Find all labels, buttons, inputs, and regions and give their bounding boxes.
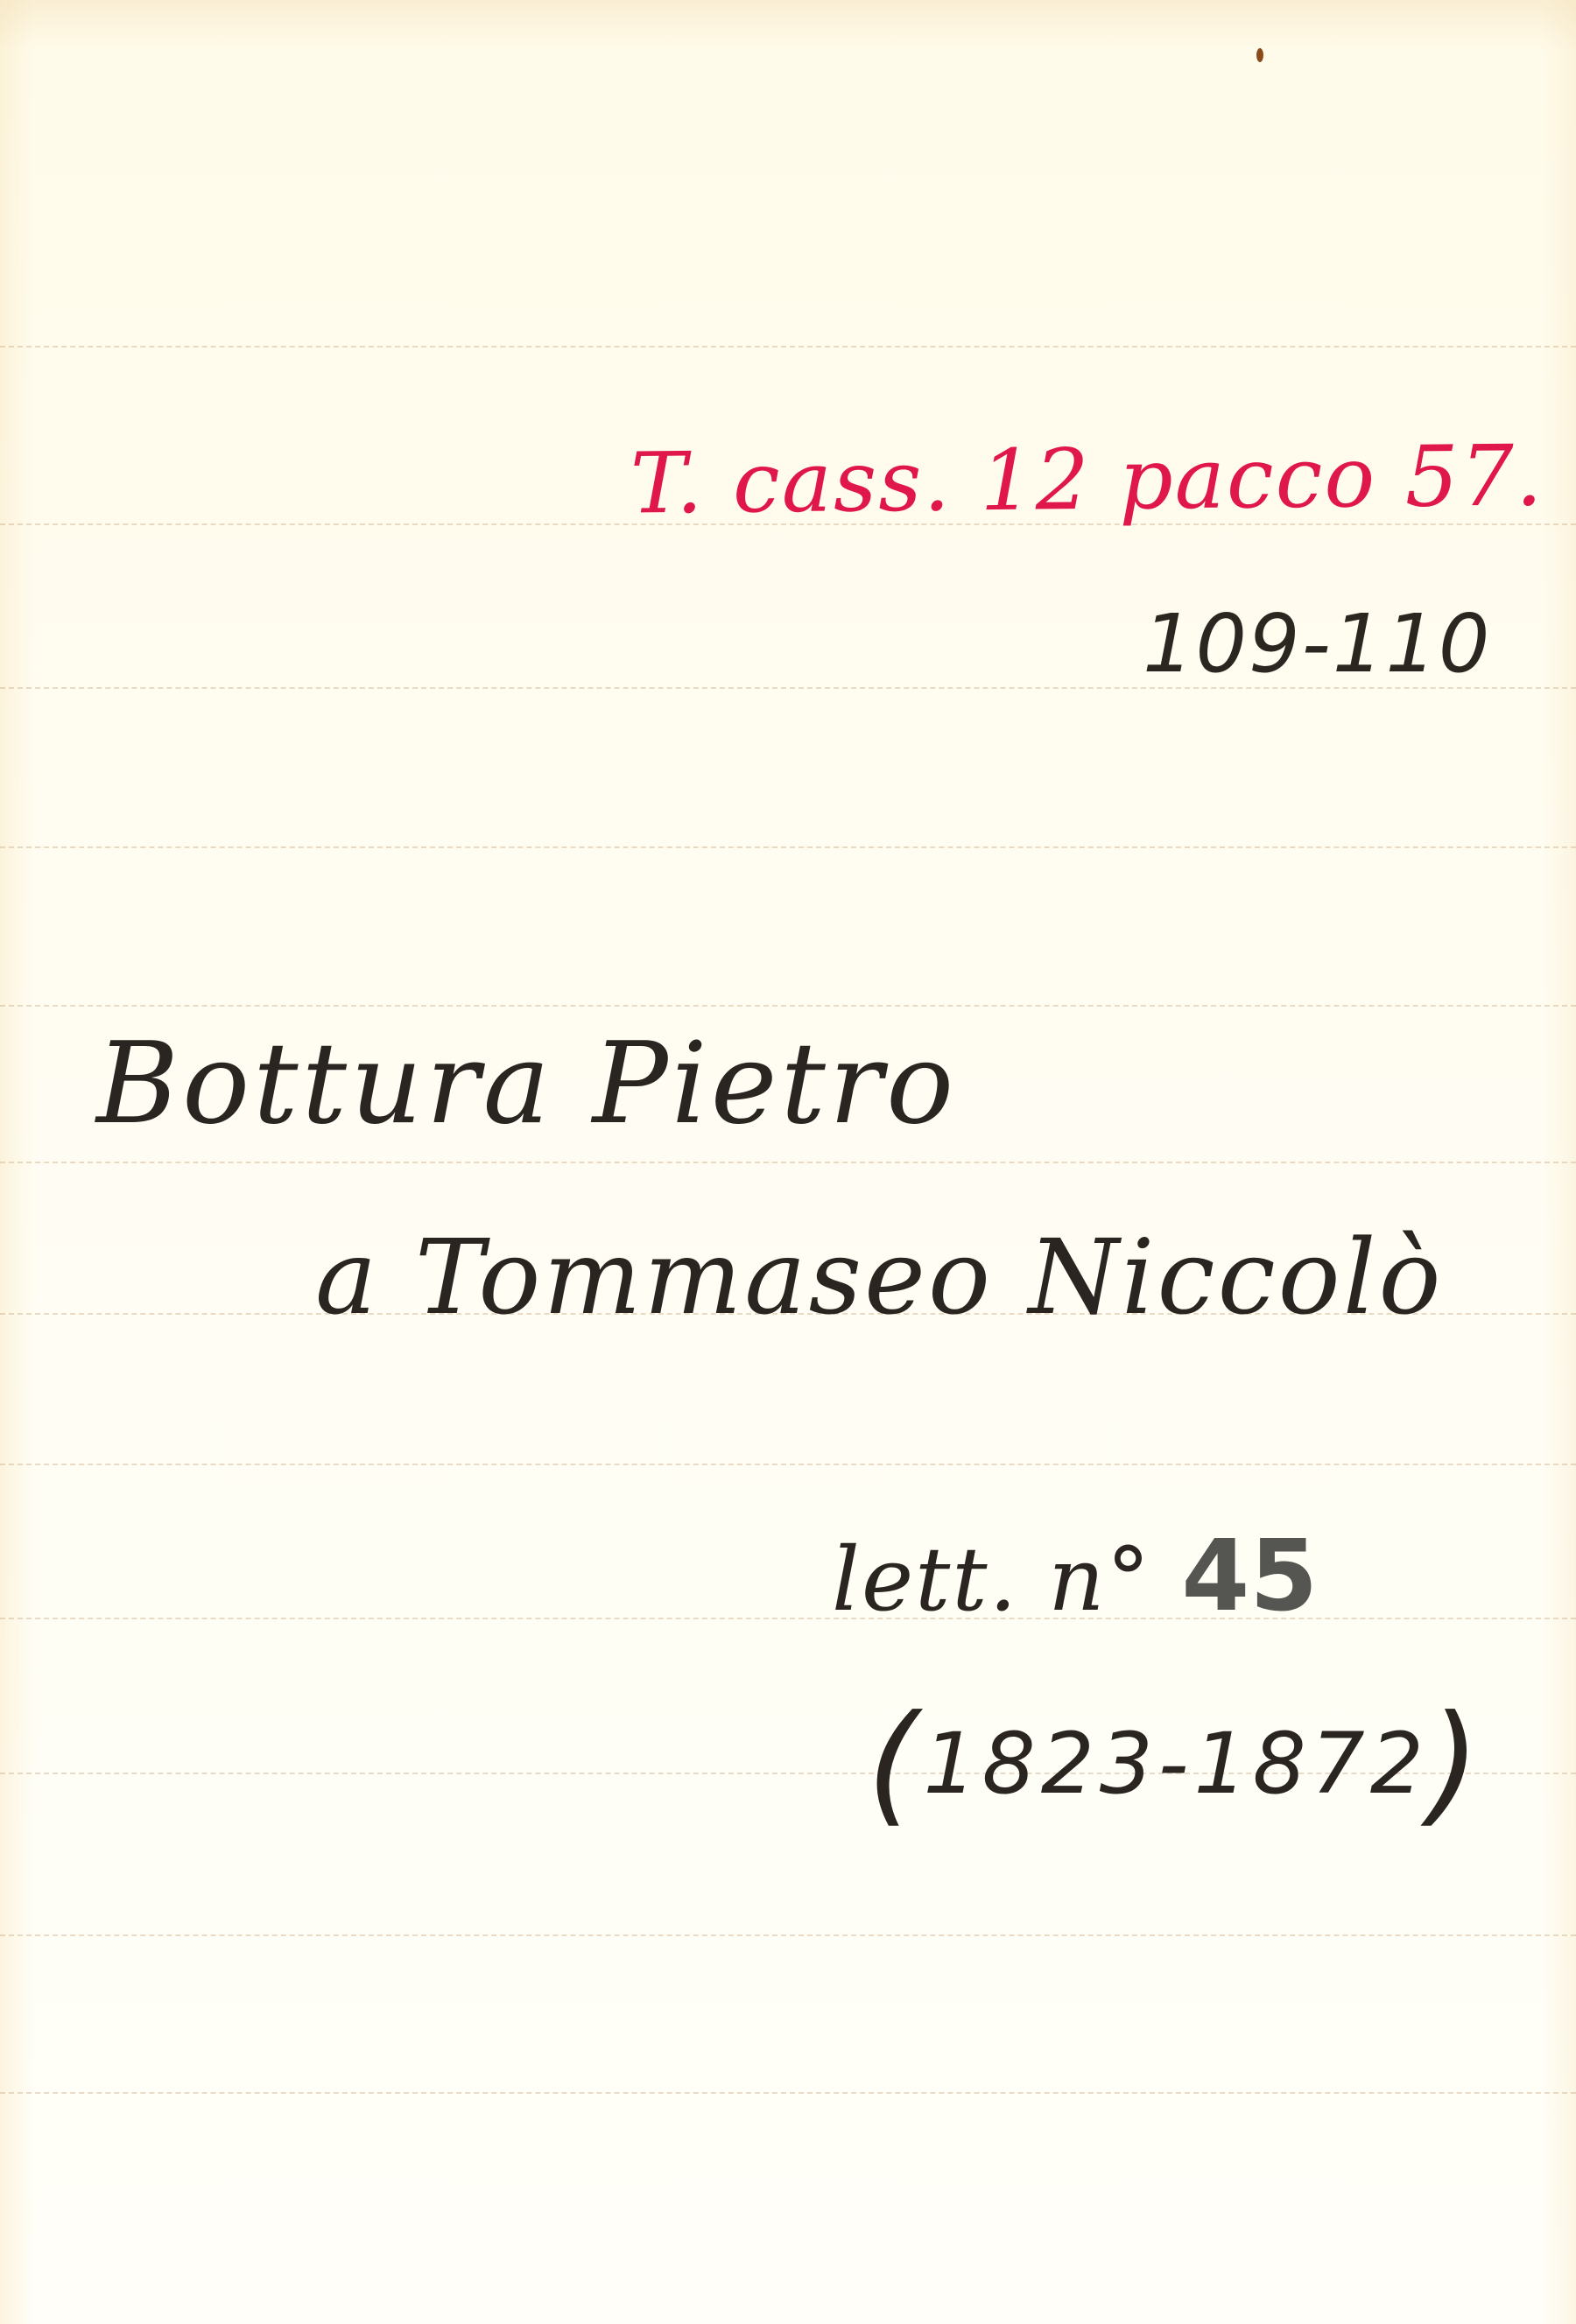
- recipient-name: a Tommaseo Niccolò: [315, 1225, 1444, 1329]
- shelfmark: T. cass. 12 pacco 57.: [630, 433, 1544, 525]
- letter-count-label: lett. n°: [832, 1528, 1181, 1631]
- ruled-line: [0, 2092, 1576, 2094]
- folio-range: 109-110: [1143, 604, 1491, 685]
- letter-count-number: 45: [1181, 1520, 1318, 1633]
- ruled-line: [0, 1162, 1576, 1163]
- index-card: T. cass. 12 pacco 57. 109-110 Bottura Pi…: [0, 0, 1576, 2324]
- ruled-line: [0, 346, 1576, 348]
- ruled-line: [0, 846, 1576, 848]
- ruled-line: [0, 1618, 1576, 1619]
- ruled-line: [0, 1464, 1576, 1465]
- ruled-line: [0, 1005, 1576, 1007]
- letter-count: lett. n° 45: [832, 1527, 1318, 1625]
- date-range: (1823-1872): [867, 1698, 1485, 1829]
- date-open-paren: (: [867, 1688, 924, 1840]
- correspondent-name: Bottura Pietro: [96, 1029, 957, 1141]
- ink-spot: [1256, 48, 1263, 62]
- ruled-line: [0, 1934, 1576, 1936]
- date-range-text: 1823-1872: [924, 1715, 1429, 1813]
- date-close-paren: ): [1429, 1688, 1486, 1840]
